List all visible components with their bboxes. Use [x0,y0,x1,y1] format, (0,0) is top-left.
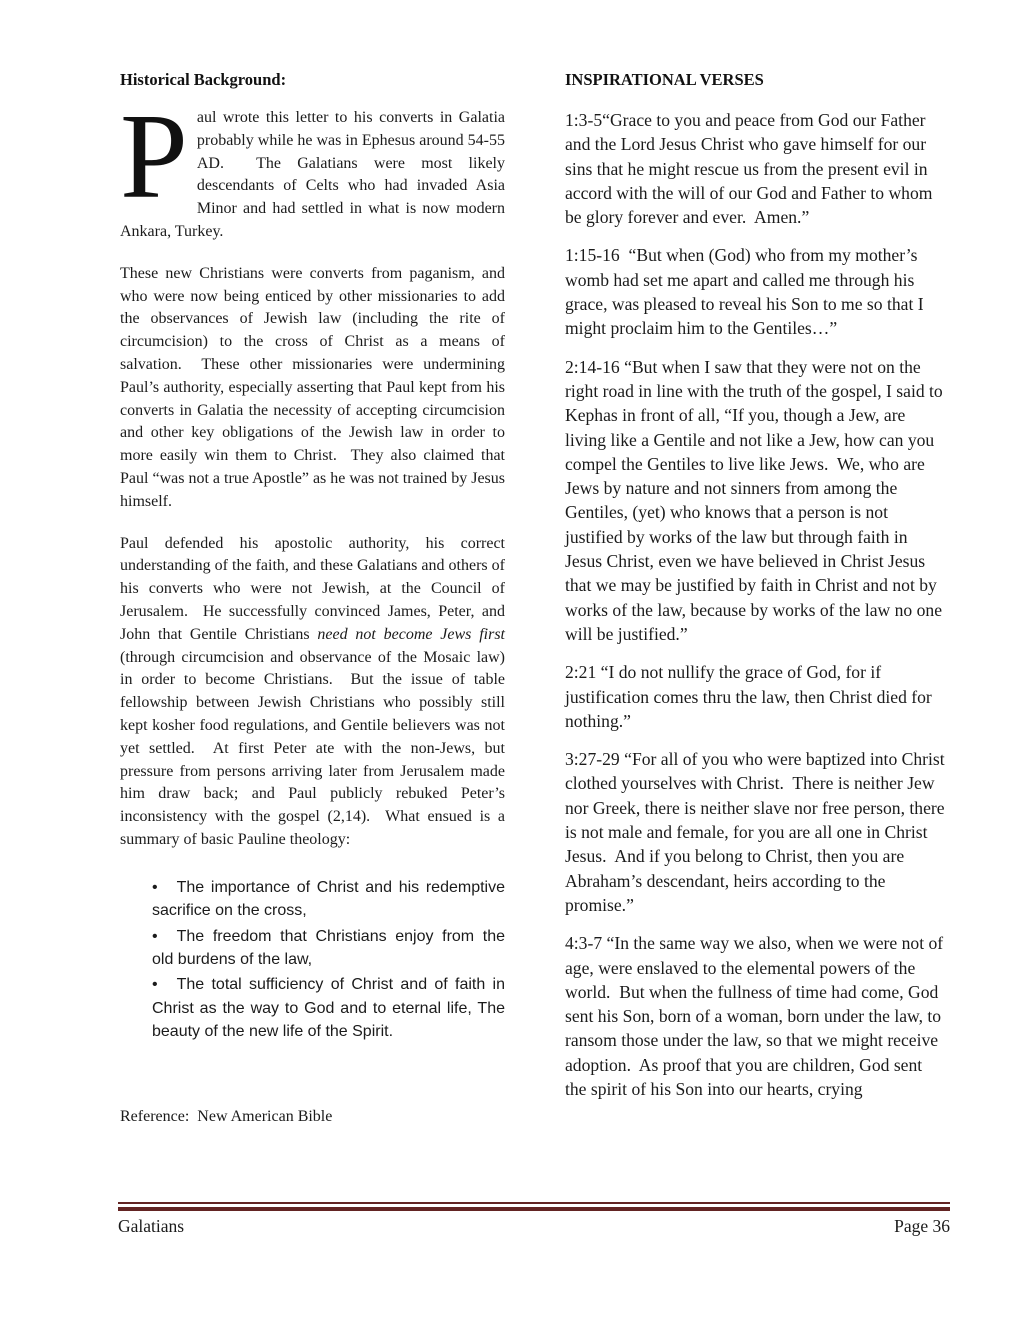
paragraph-new-christians: These new Christians were converts from … [120,263,505,514]
document-page: { "document": { "accent_color": "#632423… [0,0,1020,1320]
bullet-icon: • [152,928,177,945]
opening-paragraph: Paul wrote this letter to his converts i… [120,107,505,244]
footer-book-title: Galatians [118,1216,184,1237]
bullet-icon: • [152,879,177,896]
page-body: Historical Background: Paul wrote this l… [120,70,948,1128]
list-item: •The total sufficiency of Christ and of … [152,973,505,1043]
footer-text-row: Galatians Page 36 [118,1216,950,1237]
verse-paragraph: 2:14-16 “But when I saw that they were n… [565,355,948,647]
verse-paragraph: 1:3-5“Grace to you and peace from God ou… [565,108,948,229]
bullet-icon: • [152,976,177,993]
list-item-text: The importance of Christ and his redempt… [152,879,505,919]
theology-bullet-list: •The importance of Christ and his redemp… [152,876,505,1044]
inspirational-verses-heading: INSPIRATIONAL VERSES [565,70,948,90]
list-item: •The importance of Christ and his redemp… [152,876,505,923]
verse-paragraph: 3:27-29 “For all of you who were baptize… [565,747,948,917]
paragraph-paul-defended-tail: (through circumcision and observance of … [120,649,505,848]
right-column: INSPIRATIONAL VERSES 1:3-5“Grace to you … [565,70,948,1128]
paragraph-paul-defended-italic: need not become Jews first [317,626,505,643]
verse-paragraph: 2:21 “I do not nullify the grace of God,… [565,660,948,733]
footer-divider-rule [118,1202,950,1211]
verse-paragraph: 4:3-7 “In the same way we also, when we … [565,931,948,1101]
drop-cap: P [120,113,188,201]
list-item-text: The total sufficiency of Christ and of f… [152,976,505,1040]
paragraph-paul-defended: Paul defended his apostolic authority, h… [120,533,505,852]
footer-page-number: Page 36 [894,1216,950,1237]
historical-background-heading: Historical Background: [120,70,505,90]
page-footer: Galatians Page 36 [118,1202,950,1237]
list-item: •The freedom that Christians enjoy from … [152,925,505,972]
list-item-text: The freedom that Christians enjoy from t… [152,928,505,968]
reference-line: Reference: New American Bible [120,1106,505,1128]
verse-paragraph: 1:15-16 “But when (God) who from my moth… [565,243,948,340]
left-column: Historical Background: Paul wrote this l… [120,70,505,1128]
